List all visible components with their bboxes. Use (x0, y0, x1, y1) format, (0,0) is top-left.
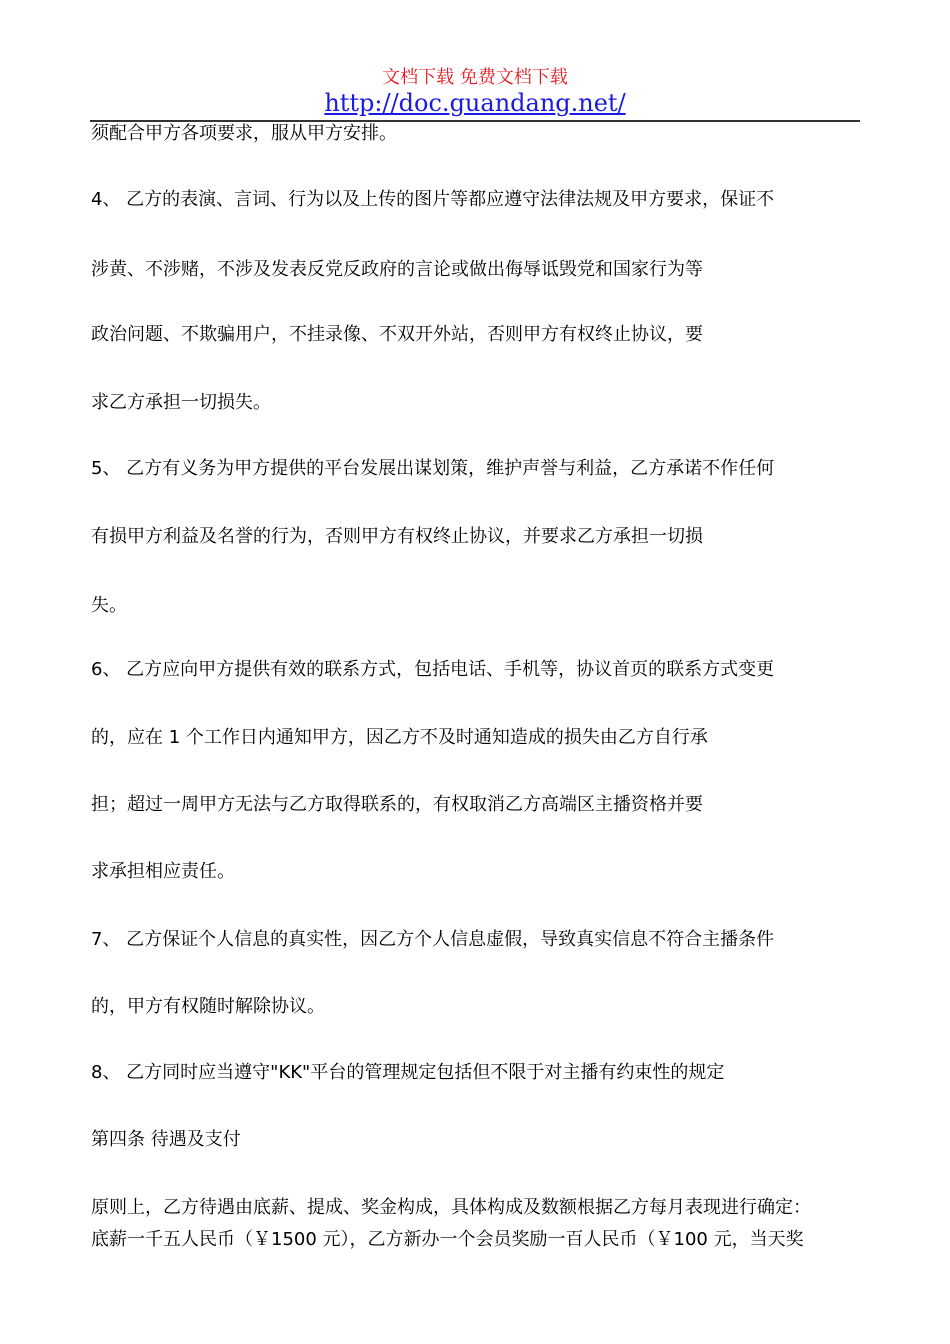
clause-4-line-2: 涉黄、不涉赌，不涉及发表反党反政府的言论或做出侮辱诋毁党和国家行为等 (91, 258, 703, 282)
clause-6-line-1: 6、 乙方应向甲方提供有效的联系方式，包括电话、手机等，协议首页的联系方式变更 (91, 658, 774, 682)
clause-6-line-4: 求承担相应责任。 (91, 860, 235, 884)
clause-6-line-3: 担；超过一周甲方无法与乙方取得联系的，有权取消乙方高端区主播资格并要 (91, 793, 703, 817)
section-heading-article-4: 第四条 待遇及支付 (91, 1128, 241, 1152)
clause-7-line-1: 7、 乙方保证个人信息的真实性，因乙方个人信息虚假，导致真实信息不符合主播条件 (91, 928, 774, 952)
clause-5-line-1: 5、 乙方有义务为甲方提供的平台发展出谋划策，维护声誉与利益，乙方承诺不作任何 (91, 457, 774, 481)
header-title: 文档下载 免费文档下载 (0, 66, 950, 90)
body-line: 须配合甲方各项要求，服从甲方安排。 (91, 122, 397, 146)
header-link[interactable]: http://doc.guandang.net/ (0, 88, 950, 118)
clause-6-line-2: 的，应在 1 个工作日内通知甲方，因乙方不及时通知造成的损失由乙方自行承 (91, 726, 708, 750)
document-header: 文档下载 免费文档下载 http://doc.guandang.net/ (0, 0, 950, 124)
clause-5-line-3: 失。 (91, 594, 127, 618)
clause-7-line-2: 的，甲方有权随时解除协议。 (91, 995, 325, 1019)
clause-8-line-1: 8、 乙方同时应当遵守"KK"平台的管理规定包括但不限于对主播有约束性的规定 (91, 1061, 724, 1085)
clause-4-line-3: 政治问题、不欺骗用户，不挂录像、不双开外站，否则甲方有权终止协议，要 (91, 323, 703, 347)
clause-5-line-2: 有损甲方利益及名誉的行为，否则甲方有权终止协议，并要求乙方承担一切损 (91, 525, 703, 549)
clause-4-line-4: 求乙方承担一切损失。 (91, 391, 271, 415)
article-4-line-1: 原则上，乙方待遇由底薪、提成、奖金构成，具体构成及数额根据乙方每月表现进行确定： (91, 1196, 811, 1220)
article-4-line-2: 底薪一千五人民币（￥1500 元），乙方新办一个会员奖励一百人民币（￥100 元… (91, 1228, 804, 1252)
clause-4-line-1: 4、 乙方的表演、言词、行为以及上传的图片等都应遵守法律法规及甲方要求，保证不 (91, 188, 774, 212)
